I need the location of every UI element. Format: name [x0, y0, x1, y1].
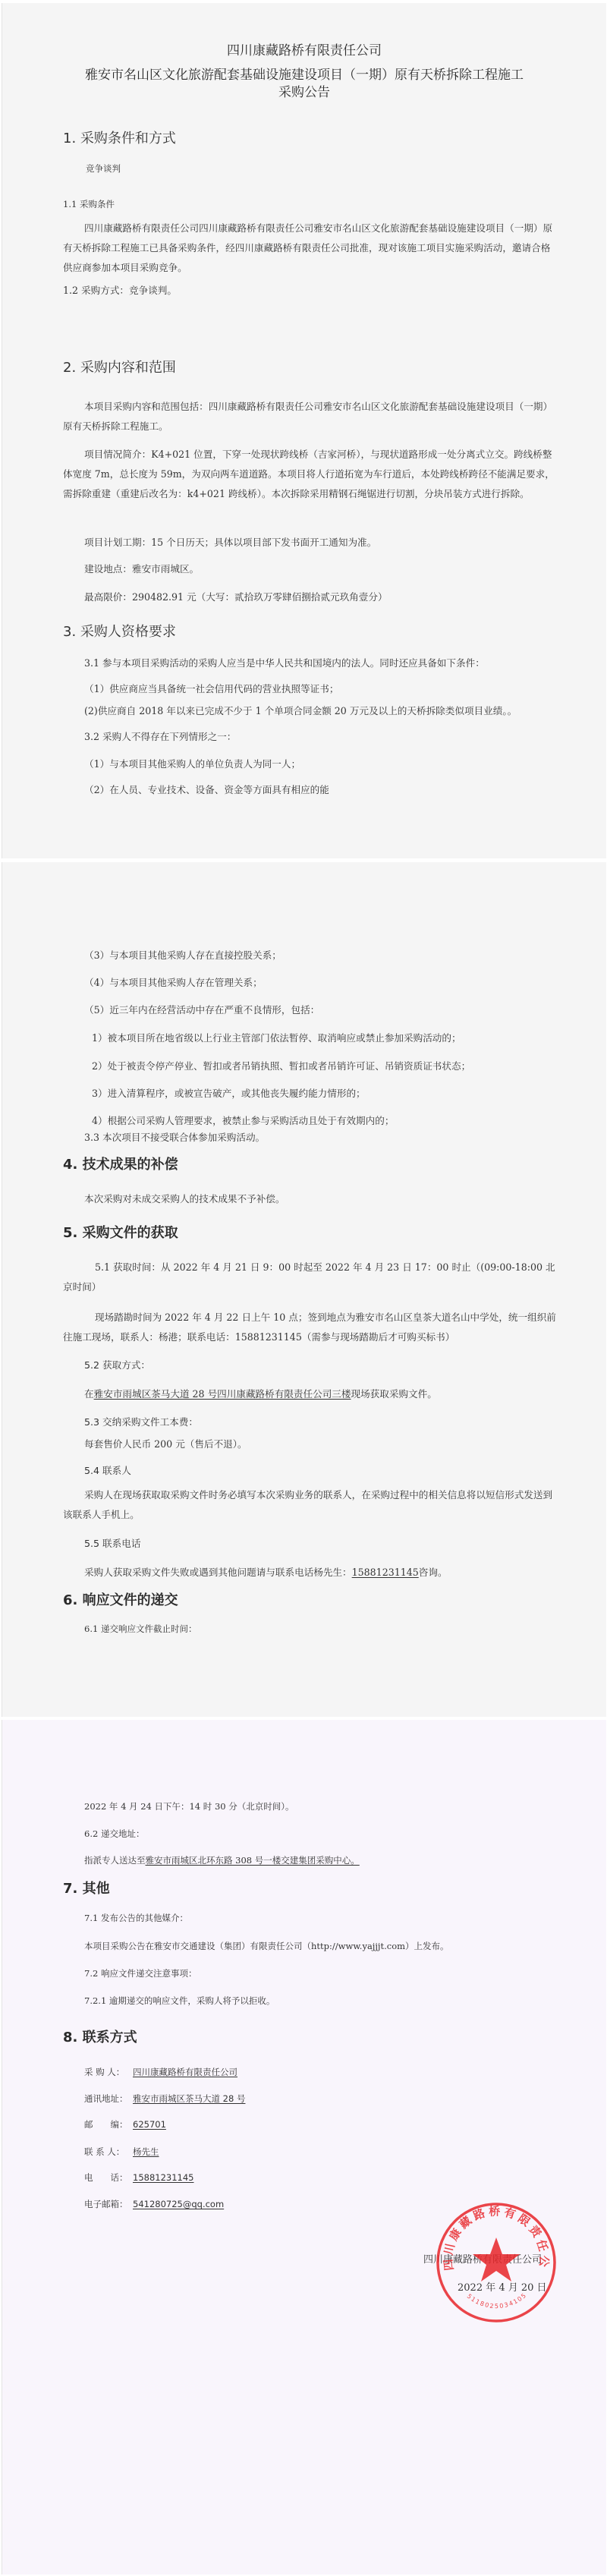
exclusion-item: （3）与本项目其他采购人存在直接控股关系； [84, 947, 281, 962]
pickup-address: 雅安市雨城区茶马大道 28 号四川康藏路桥有限责任公司三楼 [94, 1388, 351, 1400]
company-name: 四川康藏路桥有限责任公司 [2, 39, 606, 58]
section-5-3-heading: 5.3 交纳采购文件工本费： [84, 1414, 198, 1428]
section-5-4-heading: 5.4 联系人 [84, 1463, 131, 1477]
section-1-heading: 1. 采购条件和方式 [63, 128, 176, 147]
contact-row-address: 通讯地址：雅安市雨城区茶马大道 28 号 [84, 2093, 256, 2105]
section-5-4-text: 采购人在现场获取取采购文件时务必填写本次采购业务的联系人，在采购过程中的相关信息… [63, 1485, 556, 1525]
site-visit-text: 现场踏勘时间为 2022 年 4 月 22 日上午 10 点；签到地点为雅安市名… [63, 1308, 556, 1347]
exclusion-sub-item: 3）进入清算程序，或被宣告破产，或其他丧失履约能力情形的； [92, 1085, 366, 1100]
document-page-3: 2022 年 4 月 24 日下午：14 时 30 分（北京时间）。 6.2 递… [2, 1720, 606, 2574]
section-2-scope: 本项目采购内容和范围包括：四川康藏路桥有限责任公司雅安市名山区文化旅游配套基础设… [63, 397, 556, 436]
section-5-5-text: 采购人获取采购文件失败或遇到其他问题请与联系电话杨先生：15881231145咨… [84, 1564, 448, 1579]
text-prefix: 指派专人送达至 [84, 1855, 146, 1866]
exclusion-item: （5）近三年内在经营活动中存在严重不良情形，包括： [84, 1002, 319, 1016]
company-seal-icon: 四川康藏路桥有限责任公司 5118025034105 [435, 2201, 558, 2324]
section-7-heading: 7. 其他 [63, 1878, 110, 1897]
section-5-2-heading: 5.2 获取方式： [84, 1357, 150, 1371]
text-suffix: 咨询。 [419, 1567, 448, 1578]
section-2-duration: 项目计划工期：15 个日历天；具体以项目部下发书面开工通知为准。 [84, 534, 376, 549]
section-3-heading: 3. 采购人资格要求 [63, 621, 176, 641]
section-3-2-text: 3.2 采购人不得存在下列情形之一： [84, 729, 236, 743]
exclusion-sub-item: 2）处于被责令停产停业、暂扣或者吊销执照、暂扣或者吊销许可证、吊销资质证书状态； [92, 1058, 470, 1072]
submission-deadline: 2022 年 4 月 24 日下午：14 时 30 分（北京时间）。 [84, 1800, 294, 1812]
exclusion-sub-item: 1）被本项目所在地省级以上行业主管部门依法暂停、取消响应或禁止参加采购活动的； [92, 1030, 461, 1044]
section-2-max-price: 最高限价：290482.91 元（大写：贰拾玖万零肆佰捌拾贰元玖角壹分） [84, 589, 388, 603]
section-6-2-text: 6.2 递交地址： [84, 1828, 144, 1840]
text-prefix: 采购人获取采购文件失败或遇到其他问题请与联系电话杨先生： [84, 1567, 352, 1578]
requirement-item: (2)供应商自 2018 年以来已完成不少于 1 个单项合同金额 20 万元及以… [84, 703, 517, 717]
contact-phone[interactable]: 15881231145 [133, 2172, 193, 2183]
contact-label: 联 系 人： [84, 2146, 133, 2158]
contact-value: 四川康藏路桥有限责任公司 [133, 2067, 248, 2077]
section-5-5-heading: 5.5 联系电话 [84, 1535, 140, 1550]
section-4-text: 本次采购对未成交采购人的技术成果不予补偿。 [84, 1191, 285, 1205]
submission-address-text: 指派专人送达至雅安市雨城区北环东路 308 号一楼交建集团采购中心。 [84, 1854, 360, 1866]
section-5-1-text: 5.1 获取时间：从 2022 年 4 月 21 日 9：00 时起至 2022… [63, 1258, 556, 1297]
section-5-2-text: 在雅安市雨城区茶马大道 28 号四川康藏路桥有限责任公司三楼现场获取采购文件。 [84, 1386, 437, 1400]
section-2-location: 建设地点：雅安市雨城区。 [84, 561, 199, 575]
contact-value: 625701 [133, 2119, 166, 2130]
method-label: 竞争谈判 [86, 162, 121, 175]
contact-email[interactable]: 541280725@qq.com [133, 2199, 224, 2209]
text-suffix: 现场获取采购文件。 [351, 1388, 436, 1400]
section-7-1-text: 7.1 发布公告的其他媒介： [84, 1912, 188, 1924]
section-6-heading: 6. 响应文件的递交 [63, 1589, 178, 1609]
section-7-2-1-text: 7.2.1 逾期递交的响应文件，采购人将予以拒收。 [84, 1995, 275, 2007]
contact-label: 采 购 人： [84, 2066, 133, 2078]
section-5-heading: 5. 采购文件的获取 [63, 1222, 178, 1242]
section-2-heading: 2. 采购内容和范围 [63, 357, 176, 376]
section-5-3-text: 每套售价人民币 200 元（售后不退）。 [84, 1436, 247, 1450]
contact-row-email: 电子邮箱：541280725@qq.com [84, 2198, 224, 2210]
exclusion-item: （4）与本项目其他采购人存在管理关系； [84, 975, 263, 989]
section-2-overview: 项目情况简介：K4+021 位置，下穿一处现状跨线桥（吉家河桥），与现状道路形成… [63, 445, 556, 504]
announcement-title: 雅安市名山区文化旅游配套基础设施建设项目（一期）原有天桥拆除工程施工 [2, 64, 606, 83]
section-3-3-text: 3.3 本次项目不接受联合体参加采购活动。 [84, 1129, 265, 1144]
section-6-1-text: 6.1 递交响应文件截止时间： [84, 1623, 197, 1635]
contact-label: 邮 编： [84, 2118, 133, 2130]
section-1-2-text: 1.2 采购方式：竞争谈判。 [63, 282, 177, 297]
submission-address: 雅安市雨城区北环东路 308 号一楼交建集团采购中心。 [146, 1855, 360, 1866]
announcement-subtitle: 采购公告 [2, 81, 606, 100]
exclusion-item: （1）与本项目其他采购人的单位负责人为同一人； [84, 756, 300, 770]
section-4-heading: 4. 技术成果的补偿 [63, 1154, 178, 1173]
contact-value: 雅安市雨城区茶马大道 28 号 [133, 2093, 256, 2104]
contact-row-person: 联 系 人：杨先生 [84, 2146, 205, 2158]
seal-code: 5118025034105 [466, 2292, 527, 2310]
contact-row-phone: 电 话：15881231145 [84, 2171, 193, 2184]
requirement-item: （1）供应商应当具备统一社会信用代码的营业执照等证书； [84, 681, 338, 695]
contact-label: 电 话： [84, 2171, 133, 2184]
exclusion-item: （2）在人员、专业技术、设备、资金等方面具有相应的能 [84, 782, 329, 796]
text-prefix: 在 [84, 1388, 94, 1400]
contact-row-purchaser: 采 购 人：四川康藏路桥有限责任公司 [84, 2066, 248, 2078]
section-7-1-detail: 本项目采购公告在雅安市交通建设（集团）有限责任公司（http://www.yaj… [84, 1940, 449, 1952]
section-3-1-text: 3.1 参与本项目采购活动的采购人应当是中华人民共和国境内的法人。同时还应具备如… [84, 655, 485, 669]
section-1-1-text: 四川康藏路桥有限责任公司四川康藏路桥有限责任公司雅安市名山区文化旅游配套基础设施… [63, 219, 556, 278]
exclusion-sub-item: 4）根据公司采购人管理要求，被禁止参与采购活动且处于有效期内的； [92, 1113, 394, 1127]
section-8-heading: 8. 联系方式 [63, 2026, 137, 2046]
section-1-1-heading: 1.1 采购条件 [63, 198, 115, 210]
contact-value: 杨先生 [133, 2146, 205, 2157]
contact-label: 电子邮箱： [84, 2198, 133, 2210]
contact-row-postcode: 邮 编：625701 [84, 2118, 166, 2130]
document-page-1: 四川康藏路桥有限责任公司 雅安市名山区文化旅游配套基础设施建设项目（一期）原有天… [2, 3, 606, 858]
document-page-2: （3）与本项目其他采购人存在直接控股关系； （4）与本项目其他采购人存在管理关系… [2, 862, 606, 1717]
contact-label: 通讯地址： [84, 2093, 133, 2105]
contact-phone-link[interactable]: 15881231145 [352, 1567, 419, 1578]
section-7-2-text: 7.2 响应文件递交注意事项： [84, 1967, 197, 1979]
